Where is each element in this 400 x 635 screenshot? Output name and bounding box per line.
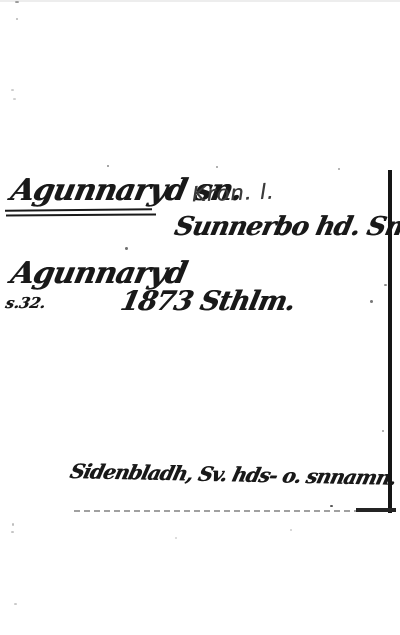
- scan-speck: [11, 531, 14, 533]
- scan-speck: [384, 284, 387, 286]
- scan-speck: [15, 1, 19, 3]
- district-province-line: Sunnerbo hd. Sm.: [172, 214, 400, 240]
- scan-speck: [290, 529, 292, 531]
- scan-speck: [330, 505, 333, 507]
- double-underline-bottom: [6, 213, 156, 216]
- year-and-city: 1873 Sthlm.: [118, 288, 297, 315]
- place-name: Agunnaryd: [8, 173, 190, 208]
- scan-speck: [13, 98, 16, 100]
- scan-speck: [11, 89, 14, 91]
- scan-speck: [370, 300, 373, 303]
- right-margin-line: [388, 170, 392, 513]
- scan-speck: [12, 523, 14, 526]
- source-citation: Sidenbladh, Sv. hds- o. snnamn.: [68, 461, 398, 488]
- place-name-repeated: Agunnaryd: [8, 259, 189, 289]
- page-reference: s.32.: [4, 296, 47, 311]
- scan-speck: [125, 247, 128, 250]
- archive-card: Agunnaryd sn. Kron. l. Sunnerbo hd. Sm. …: [0, 0, 400, 635]
- top-edge-line: [0, 0, 400, 2]
- scan-speck: [107, 165, 109, 167]
- bottom-dashed-line: [74, 510, 396, 512]
- bottom-line-dark-end: [356, 508, 396, 512]
- scan-speck: [14, 603, 17, 605]
- scan-speck: [16, 18, 18, 20]
- pencil-annotation: Kron. l.: [192, 180, 275, 207]
- double-underline-top: [5, 208, 152, 212]
- scan-speck: [338, 168, 340, 170]
- scan-speck: [382, 430, 384, 432]
- scan-speck: [216, 166, 218, 168]
- scan-speck: [175, 537, 177, 539]
